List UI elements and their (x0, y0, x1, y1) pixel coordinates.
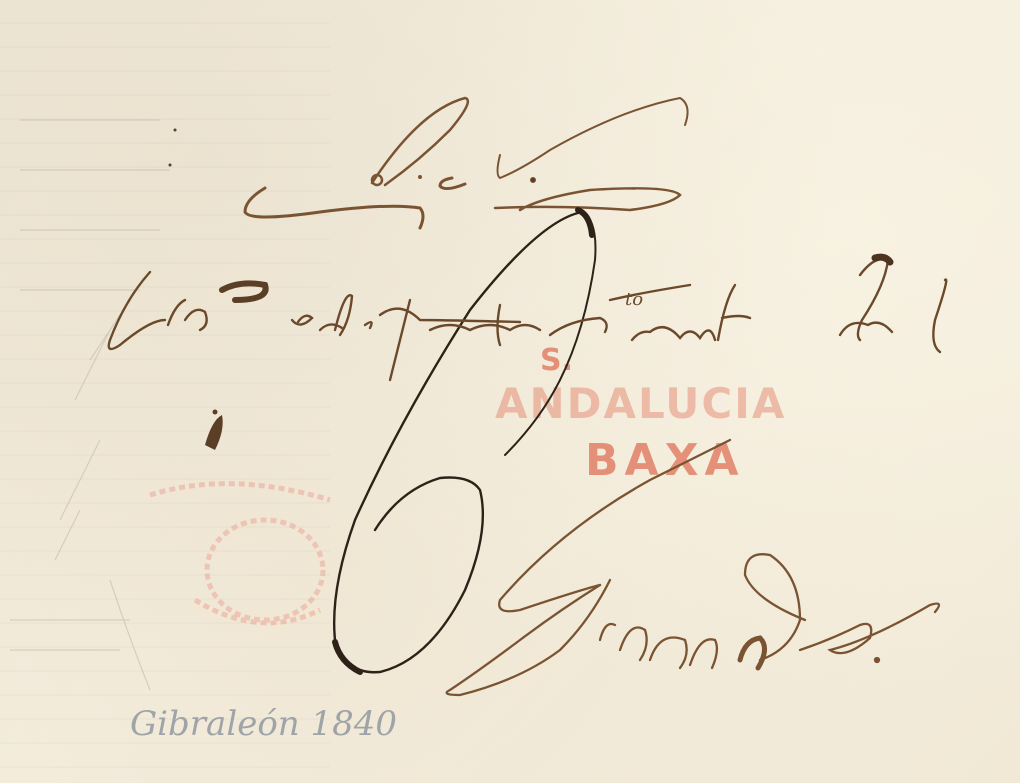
rate-mark-six (334, 210, 595, 672)
address-line: to (109, 257, 947, 380)
faint-bleed-strokes (10, 120, 170, 690)
ink-spots (169, 129, 223, 451)
postal-cover: S. ANDALUCIA BAXA (0, 0, 1020, 783)
postmark-line-sub: BAXA (585, 435, 745, 486)
handwriting-layer: S. ANDALUCIA BAXA (0, 0, 1020, 783)
address-superscript: to (625, 289, 643, 310)
faint-oval-postmark (150, 484, 330, 623)
postmark-line-region: ANDALUCIA (495, 379, 786, 428)
heading-scv (245, 98, 688, 228)
pencil-note: Gibraleón 1840 (130, 704, 397, 744)
